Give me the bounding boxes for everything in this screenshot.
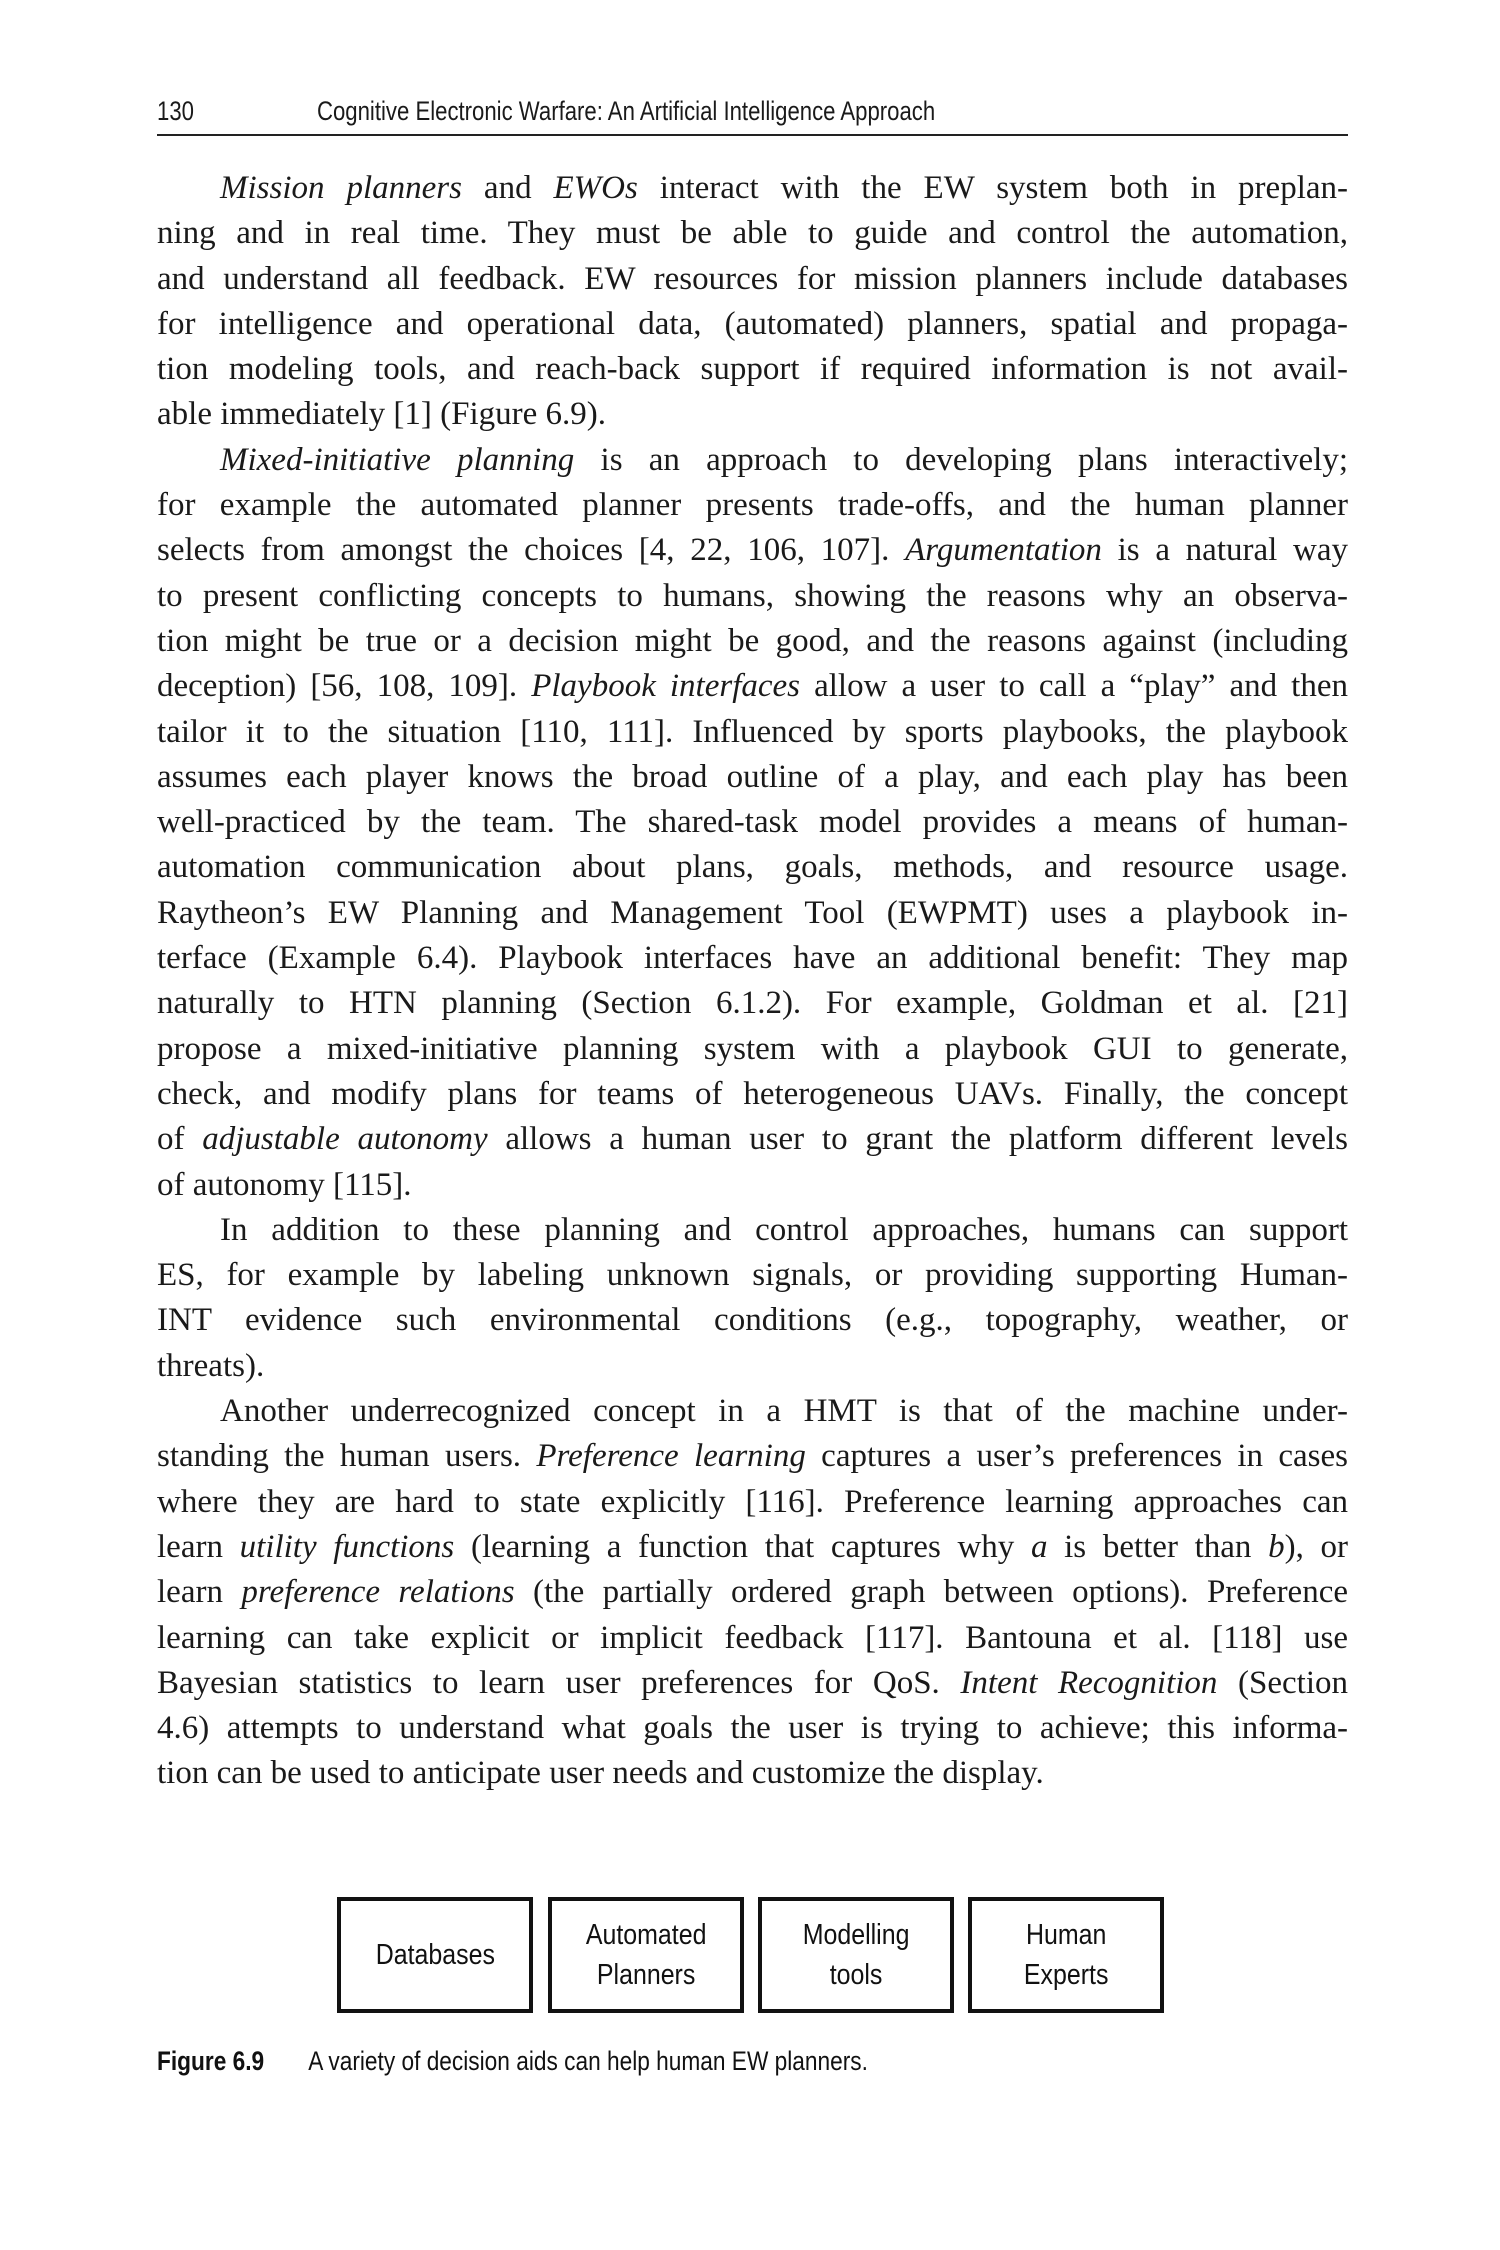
- figure-caption: Figure 6.9A variety of decision aids can…: [157, 2046, 868, 2077]
- text-line: for intelligence and operational data, (…: [157, 302, 1348, 347]
- text-line: tion modeling tools, and reach-back supp…: [157, 347, 1348, 392]
- text-run: learning can take explicit or implicit f…: [157, 1620, 1348, 1656]
- text-line: learn utility functions (learning a func…: [157, 1525, 1348, 1570]
- italic-term: EWOs: [554, 170, 638, 206]
- text-line: learn preference relations (the partiall…: [157, 1570, 1348, 1615]
- italic-term: a: [1031, 1529, 1048, 1565]
- paragraph: Mission planners and EWOs interact with …: [157, 166, 1348, 438]
- text-line: propose a mixed-initiative planning syst…: [157, 1027, 1348, 1072]
- text-line: of adjustable autonomy allows a human us…: [157, 1117, 1348, 1162]
- text-run: interact with the EW system both in prep…: [638, 170, 1348, 206]
- italic-term: Playbook interfaces: [531, 668, 800, 704]
- text-line: of autonomy [115].: [157, 1163, 1348, 1208]
- text-run: is better than: [1047, 1529, 1268, 1565]
- text-line: terface (Example 6.4). Playbook interfac…: [157, 936, 1348, 981]
- text-run: Another underrecognized concept in a HMT…: [220, 1393, 1348, 1429]
- decision-aid-box-automated-planners: Automated Planners: [548, 1897, 744, 2013]
- text-run: threats).: [157, 1348, 264, 1384]
- text-line: tion can be used to anticipate user need…: [157, 1751, 1348, 1796]
- paragraph: In addition to these planning and contro…: [157, 1208, 1348, 1389]
- text-run: tion can be used to anticipate user need…: [157, 1755, 1044, 1791]
- text-run: (the partially ordered graph between opt…: [515, 1574, 1348, 1610]
- text-run: In addition to these planning and contro…: [220, 1212, 1348, 1248]
- italic-term: utility functions: [240, 1529, 455, 1565]
- figure-caption-text: A variety of decision aids can help huma…: [308, 2046, 868, 2076]
- italic-term: Mission planners: [220, 170, 462, 206]
- figure-6-9-diagram: DatabasesAutomated PlannersModelling too…: [337, 1897, 1167, 2013]
- text-run: allow a user to call a “play” and then: [800, 668, 1348, 704]
- text-run: 4.6) attempts to understand what goals t…: [157, 1710, 1348, 1746]
- text-line: automation communication about plans, go…: [157, 845, 1348, 890]
- text-run: ning and in real time. They must be able…: [157, 215, 1348, 251]
- text-line: well-practiced by the team. The shared-t…: [157, 800, 1348, 845]
- text-run: selects from amongst the choices [4, 22,…: [157, 532, 905, 568]
- text-run: Bayesian statistics to learn user prefer…: [157, 1665, 960, 1701]
- text-run: INT evidence such environmental conditio…: [157, 1302, 1348, 1338]
- text-run: assumes each player knows the broad outl…: [157, 759, 1348, 795]
- text-line: tailor it to the situation [110, 111]. I…: [157, 710, 1348, 755]
- text-run: (learning a function that captures why: [454, 1529, 1031, 1565]
- text-line: Bayesian statistics to learn user prefer…: [157, 1661, 1348, 1706]
- text-run: standing the human users.: [157, 1438, 536, 1474]
- text-run: ), or: [1285, 1529, 1348, 1565]
- text-run: ES, for example by labeling unknown sign…: [157, 1257, 1348, 1293]
- text-line: tion might be true or a decision might b…: [157, 619, 1348, 664]
- running-title: Cognitive Electronic Warfare: An Artific…: [317, 96, 935, 127]
- text-line: INT evidence such environmental conditio…: [157, 1298, 1348, 1343]
- text-run: captures a user’s preferences in cases: [806, 1438, 1348, 1474]
- text-run: Raytheon’s EW Planning and Management To…: [157, 895, 1348, 931]
- text-line: threats).: [157, 1344, 1348, 1389]
- text-run: check, and modify plans for teams of het…: [157, 1076, 1348, 1112]
- figure-caption-label: Figure 6.9: [157, 2046, 308, 2077]
- paragraph: Another underrecognized concept in a HMT…: [157, 1389, 1348, 1797]
- text-run: terface (Example 6.4). Playbook interfac…: [157, 940, 1348, 976]
- text-line: where they are hard to state explicitly …: [157, 1480, 1348, 1525]
- text-line: check, and modify plans for teams of het…: [157, 1072, 1348, 1117]
- italic-term: preference relations: [241, 1574, 514, 1610]
- text-line: Mixed-initiative planning is an approach…: [157, 438, 1348, 483]
- text-line: ES, for example by labeling unknown sign…: [157, 1253, 1348, 1298]
- text-line: learning can take explicit or implicit f…: [157, 1616, 1348, 1661]
- text-line: for example the automated planner presen…: [157, 483, 1348, 528]
- text-line: able immediately [1] (Figure 6.9).: [157, 392, 1348, 437]
- decision-aid-label: Human Experts: [1024, 1915, 1109, 1995]
- text-line: In addition to these planning and contro…: [157, 1208, 1348, 1253]
- text-line: Another underrecognized concept in a HMT…: [157, 1389, 1348, 1434]
- decision-aid-label: Databases: [375, 1935, 494, 1975]
- text-line: and understand all feedback. EW resource…: [157, 257, 1348, 302]
- text-line: ning and in real time. They must be able…: [157, 211, 1348, 256]
- decision-aid-box-modelling-tools: Modelling tools: [758, 1897, 954, 2013]
- italic-term: Preference learning: [536, 1438, 805, 1474]
- text-run: for example the automated planner presen…: [157, 487, 1348, 523]
- text-line: selects from amongst the choices [4, 22,…: [157, 528, 1348, 573]
- body-text: Mission planners and EWOs interact with …: [157, 166, 1348, 1797]
- decision-aid-box-human-experts: Human Experts: [968, 1897, 1164, 2013]
- text-run: for intelligence and operational data, (…: [157, 306, 1348, 342]
- text-line: 4.6) attempts to understand what goals t…: [157, 1706, 1348, 1751]
- text-run: of: [157, 1121, 202, 1157]
- text-run: tion modeling tools, and reach-back supp…: [157, 351, 1348, 387]
- decision-aid-label: Automated Planners: [586, 1915, 707, 1995]
- text-line: naturally to HTN planning (Section 6.1.2…: [157, 981, 1348, 1026]
- text-line: deception) [56, 108, 109]. Playbook inte…: [157, 664, 1348, 709]
- italic-term: adjustable autonomy: [202, 1121, 487, 1157]
- text-run: and: [462, 170, 554, 206]
- text-run: (Section: [1217, 1665, 1348, 1701]
- italic-term: Argumentation: [905, 532, 1102, 568]
- text-run: naturally to HTN planning (Section 6.1.2…: [157, 985, 1348, 1021]
- text-run: automation communication about plans, go…: [157, 849, 1348, 885]
- text-run: well-practiced by the team. The shared-t…: [157, 804, 1348, 840]
- text-run: allows a human user to grant the platfor…: [488, 1121, 1348, 1157]
- text-line: assumes each player knows the broad outl…: [157, 755, 1348, 800]
- page-number: 130: [157, 96, 194, 127]
- text-line: standing the human users. Preference lea…: [157, 1434, 1348, 1479]
- decision-aid-label: Modelling tools: [803, 1915, 910, 1995]
- text-line: to present conflicting concepts to human…: [157, 574, 1348, 619]
- text-run: is a natural way: [1102, 532, 1348, 568]
- text-run: and understand all feedback. EW resource…: [157, 261, 1348, 297]
- text-run: able immediately [1] (Figure 6.9).: [157, 396, 606, 432]
- text-run: where they are hard to state explicitly …: [157, 1484, 1348, 1520]
- paragraph: Mixed-initiative planning is an approach…: [157, 438, 1348, 1208]
- text-run: deception) [56, 108, 109].: [157, 668, 531, 704]
- text-run: propose a mixed-initiative planning syst…: [157, 1031, 1348, 1067]
- text-run: is an approach to developing plans inter…: [574, 442, 1348, 478]
- text-run: of autonomy [115].: [157, 1167, 411, 1203]
- decision-aid-box-databases: Databases: [337, 1897, 533, 2013]
- text-run: learn: [157, 1574, 241, 1610]
- running-header: 130 Cognitive Electronic Warfare: An Art…: [157, 96, 1348, 136]
- text-run: tion might be true or a decision might b…: [157, 623, 1348, 659]
- italic-term: Intent Recognition: [960, 1665, 1217, 1701]
- text-run: to present conflicting concepts to human…: [157, 578, 1348, 614]
- text-run: learn: [157, 1529, 240, 1565]
- text-run: tailor it to the situation [110, 111]. I…: [157, 714, 1348, 750]
- italic-term: b: [1268, 1529, 1285, 1565]
- text-line: Raytheon’s EW Planning and Management To…: [157, 891, 1348, 936]
- text-line: Mission planners and EWOs interact with …: [157, 166, 1348, 211]
- italic-term: Mixed-initiative planning: [220, 442, 574, 478]
